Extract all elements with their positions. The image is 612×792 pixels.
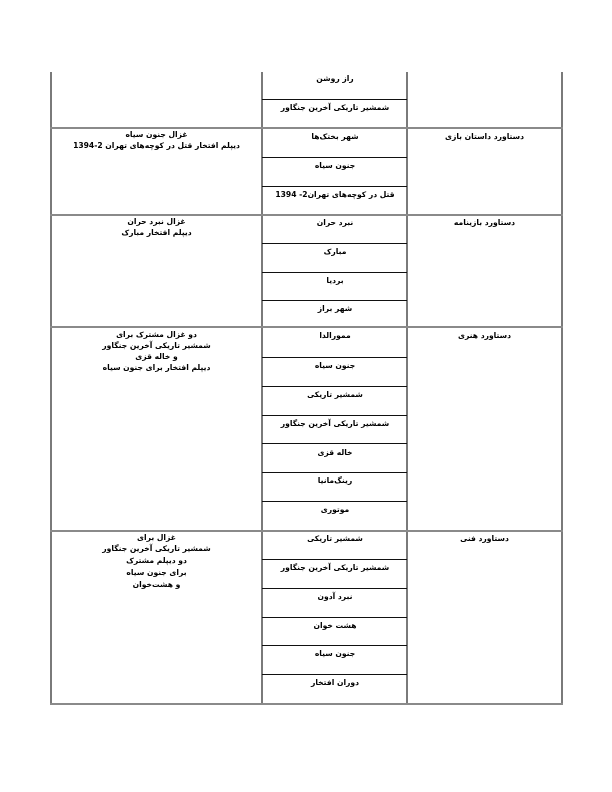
work-cell: موتوری bbox=[263, 504, 407, 515]
work-cell: ممورالدا bbox=[263, 330, 407, 341]
sub-cell-separator bbox=[262, 617, 407, 618]
sub-cell-separator bbox=[262, 645, 407, 646]
sub-cell-separator bbox=[262, 472, 407, 473]
table-border-left bbox=[50, 72, 52, 704]
category-cell: دستاورد فنی bbox=[409, 533, 560, 544]
document-page: راز روشن شمشیر تاریکی آخرین جنگاور دستاو… bbox=[0, 0, 612, 792]
work-cell: نبرد حران bbox=[263, 217, 407, 228]
work-cell: شمشیر تاریکی bbox=[263, 389, 407, 400]
award-line: دو غزال مشترک برای bbox=[52, 329, 261, 340]
award-line: غزال نبرد حران bbox=[52, 216, 261, 227]
sub-cell-separator bbox=[262, 157, 407, 158]
sub-cell-separator bbox=[262, 443, 407, 444]
row-separator bbox=[50, 326, 563, 328]
award-line: و هشت‌خوان bbox=[52, 579, 261, 590]
work-cell: جنون سیاه bbox=[263, 160, 407, 171]
award-line: برای جنون سیاه bbox=[52, 567, 261, 578]
work-cell: هشت خوان bbox=[263, 620, 407, 631]
work-cell: بردیا bbox=[263, 275, 407, 286]
award-line: غزال برای bbox=[52, 532, 261, 543]
award-line: دیپلم افتخار برای جنون سیاه bbox=[52, 362, 261, 373]
sub-cell-separator bbox=[262, 559, 407, 560]
sub-cell-separator bbox=[262, 588, 407, 589]
sub-cell-separator bbox=[262, 386, 407, 387]
work-cell: نبرد آدون bbox=[263, 591, 407, 602]
award-line: شمشیر تاریکی آخرین جنگاور bbox=[52, 543, 261, 554]
table-border-right bbox=[561, 72, 563, 704]
sub-cell-separator bbox=[262, 272, 407, 273]
work-cell: شمشیر تاریکی آخرین جنگاور bbox=[263, 102, 407, 113]
work-cell: خاله قزی bbox=[263, 447, 407, 458]
award-line: دیپلم افتخار مبارک bbox=[52, 227, 261, 238]
sub-cell-separator bbox=[262, 300, 407, 301]
work-cell: رینگ‌مانیا bbox=[263, 475, 407, 486]
work-cell: راز روشن bbox=[263, 73, 407, 84]
award-line: غزال جنون سیاه bbox=[52, 129, 261, 140]
award-line: دیپلم افتخار قتل در کوچه‌های تهران 2-139… bbox=[52, 140, 261, 151]
category-cell: دستاورد داستان بازی bbox=[409, 131, 560, 142]
sub-cell-separator bbox=[262, 243, 407, 244]
work-cell: دوران افتخار bbox=[263, 677, 407, 688]
award-line: شمشیر تاریکی آخرین جنگاور bbox=[52, 340, 261, 351]
award-line: و خاله قزی bbox=[52, 351, 261, 362]
sub-cell-separator bbox=[262, 501, 407, 502]
work-cell: مبارک bbox=[263, 246, 407, 257]
work-cell: شهر براز bbox=[263, 303, 407, 314]
sub-cell-separator bbox=[262, 357, 407, 358]
sub-cell-separator bbox=[262, 99, 407, 100]
award-line: دو دیپلم مشترک bbox=[52, 555, 261, 566]
sub-cell-separator bbox=[262, 674, 407, 675]
work-cell: شمشیر تاریکی bbox=[263, 533, 407, 544]
sub-cell-separator bbox=[262, 186, 407, 187]
work-cell: شمشیر تاریکی آخرین جنگاور bbox=[263, 562, 407, 573]
work-cell: قتل در کوچه‌های تهران2- 1394 bbox=[263, 189, 407, 200]
sub-cell-separator bbox=[262, 415, 407, 416]
work-cell: جنون سیاه bbox=[263, 360, 407, 371]
category-cell: دستاورد هنری bbox=[409, 330, 560, 341]
work-cell: شهر بختک‌ها bbox=[263, 131, 407, 142]
work-cell: جنون سیاه bbox=[263, 648, 407, 659]
table-border-bottom bbox=[50, 703, 563, 705]
work-cell: شمشیر تاریکی آخرین جنگاور bbox=[263, 418, 407, 429]
category-cell: دستاورد بازینامه bbox=[409, 217, 560, 228]
